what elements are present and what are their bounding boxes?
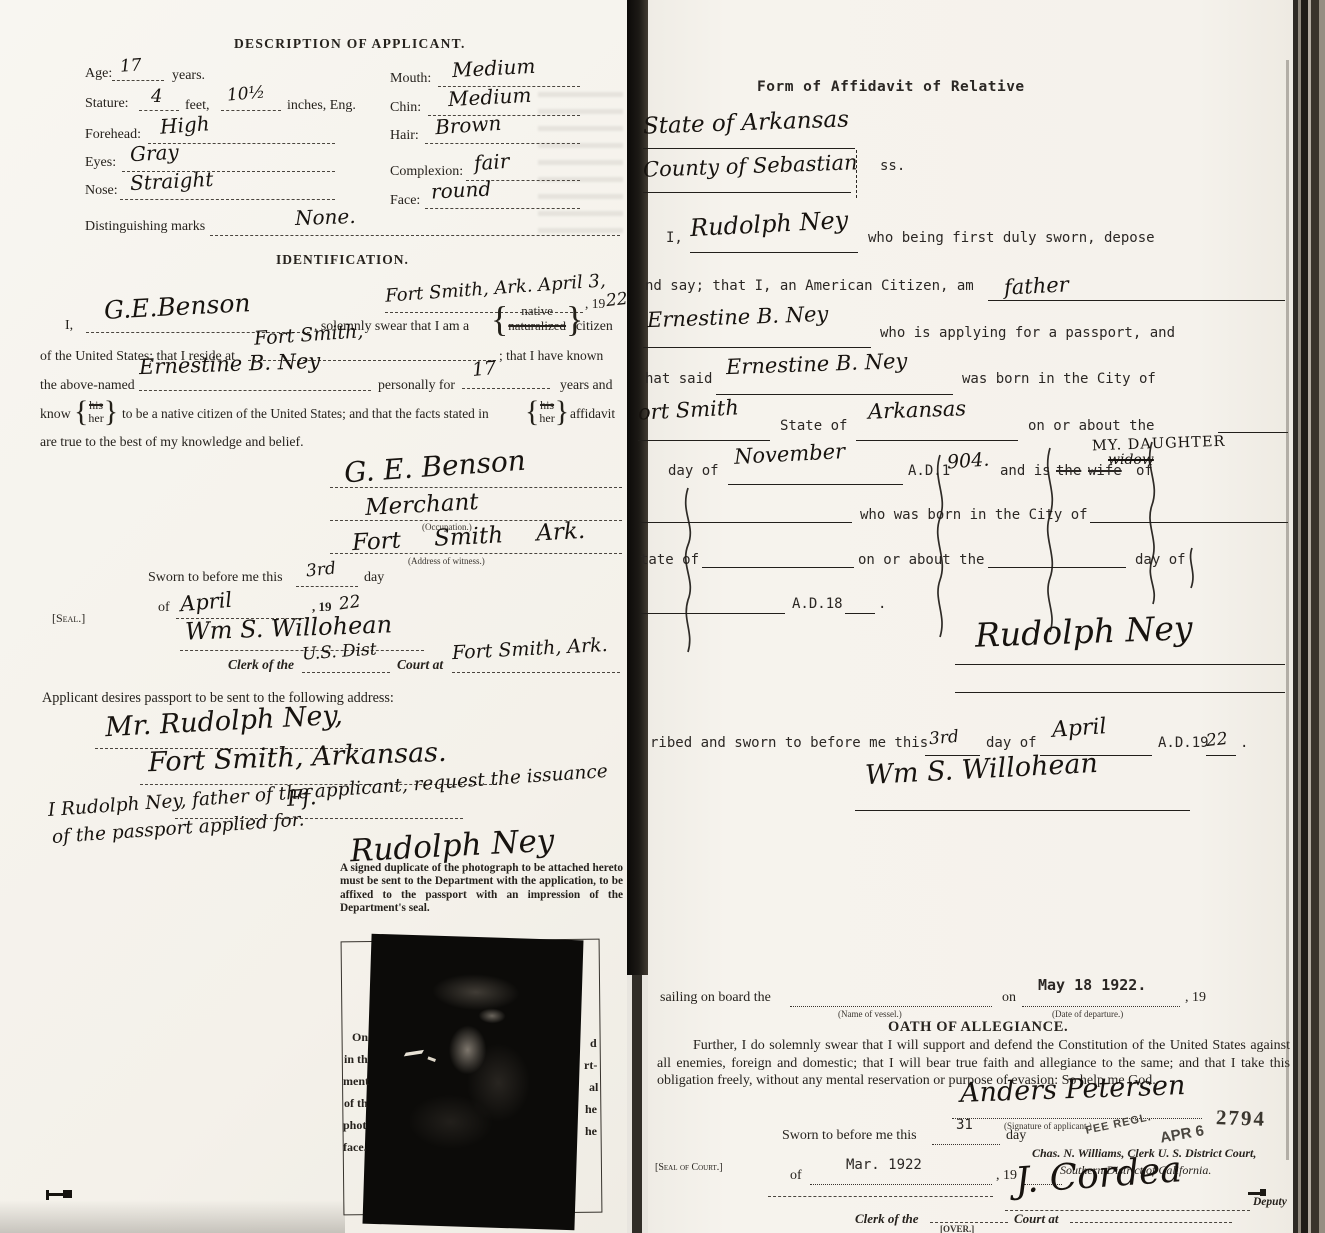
sworn-of-label: of [158, 600, 170, 616]
forehead-value: High [159, 111, 210, 138]
marks-line: None. [210, 205, 620, 236]
passport-application-scan: DESCRIPTION OF APPLICANT. Age: 17 years.… [0, 0, 1325, 1233]
jurat-year-line: 22 [1206, 730, 1236, 756]
nose-line: Straight [120, 169, 335, 200]
stature-label: Stature: [85, 96, 129, 112]
jurat-pre: ribed and sworn to before me this [650, 735, 928, 751]
witness-address-line: Fort Smith Ark. [330, 524, 622, 554]
inches-label: inches, Eng. [287, 98, 356, 114]
dateline-year: 22 [605, 289, 629, 311]
aff-line2-pre: nd say; that I, an American Citizen, am [645, 278, 974, 294]
citizen-word: citizen [576, 318, 613, 334]
id-line4-mid: to be a native citizen of the United Sta… [122, 406, 489, 422]
mouth-line: Medium [438, 56, 580, 87]
aff-line4-name-line: Ernestine B. Ney [716, 352, 953, 395]
relationship-line: father [988, 274, 1285, 301]
venue-county-line: County of Sebastian [643, 154, 851, 193]
photo-text-fragment: face. [343, 1140, 367, 1155]
vessel-line [790, 976, 992, 1007]
id-line3-pre: the above-named [40, 377, 135, 393]
blank-line [1070, 1198, 1232, 1223]
venue-ss: ss. [880, 158, 905, 174]
jurat-ad: A.D.19 [1158, 735, 1209, 751]
birth-state: Arkansas [868, 396, 967, 423]
face-value: round [430, 176, 491, 203]
occupation-value: Merchant [364, 489, 479, 521]
court-name: U.S. Dist [301, 639, 377, 664]
chin-label: Chin: [390, 100, 421, 116]
address-line1: Mr. Rudolph Ney, [104, 700, 343, 743]
aff-line1-post: who being first duly sworn, depose [868, 230, 1155, 246]
sailing-on: on [1002, 990, 1016, 1006]
over-label: [OVER.] [940, 1224, 974, 1233]
oath-heading: OATH OF ALLEGIANCE. [888, 1019, 1068, 1036]
stature-inches-line: 10½ [221, 84, 281, 111]
affiant-signature: Rudolph Ney [974, 608, 1193, 655]
eyes-value: Gray [129, 140, 179, 167]
clerk2-court-mid: Court at [1014, 1211, 1058, 1227]
id-line4-post: affidavit [570, 406, 615, 422]
years-known: 17 [471, 357, 497, 381]
id-line3-mid: personally for [378, 377, 455, 393]
seal-of-court-label: [Seal of Court.] [655, 1162, 723, 1173]
jurat-clerk-signature: Wm S. Willohean [864, 748, 1098, 791]
brace1-bottom: naturalized [508, 319, 566, 334]
mouth-value: Medium [451, 54, 536, 82]
deputy-label: Deputy [1253, 1196, 1287, 1208]
blank-line [930, 1198, 1008, 1223]
venue-state-line: State of Arkansas [643, 110, 855, 149]
aff-line4-name: Ernestine B. Ney [726, 349, 908, 379]
brace3-top: his [539, 399, 554, 412]
identification-heading: IDENTIFICATION. [276, 252, 409, 268]
affiant-signature-line: Rudolph Ney [955, 612, 1285, 665]
aff-line4-pre: hat said [645, 371, 712, 387]
chin-value: Medium [447, 83, 532, 111]
witness-signature: G. E. Benson [343, 444, 527, 490]
page-bottom-shadow [0, 1200, 345, 1233]
complexion-value: fair [473, 149, 510, 175]
dateline-typed: , 19 [585, 296, 605, 312]
stature-feet-line: 4 [139, 86, 179, 111]
applicant-photo [362, 934, 583, 1231]
age-line: 17 [112, 56, 164, 81]
photo-note: A signed duplicate of the photograph to … [340, 862, 623, 915]
photo-text-fragment: phot [343, 1118, 366, 1133]
photo-scratch [404, 1050, 424, 1057]
notary2-day-line: 31 [932, 1116, 1000, 1145]
clerk2-pre: Clerk of the [855, 1211, 919, 1227]
eyes-line: Gray [122, 141, 335, 172]
venue-bracket [856, 150, 857, 198]
marks-label: Distinguishing marks [85, 219, 205, 235]
sworn-day: 3rd [305, 558, 337, 581]
court-place-line: Fort Smith, Ark. [452, 638, 620, 673]
court-name-line: U.S. Dist [302, 642, 390, 673]
seal-label: [Seal.] [52, 611, 85, 626]
departure-date-label: (Date of departure.) [1052, 1009, 1123, 1019]
birth-city: ort Smith [637, 395, 739, 424]
sworn-pre: Sworn to before me this [148, 570, 283, 586]
affiant-name: Rudolph Ney [689, 206, 848, 242]
brace3-bottom: her [539, 412, 554, 425]
venue-state: State of Arkansas [643, 106, 850, 139]
marks-value: None. [295, 204, 356, 230]
applicant-signature: Anders Petersen [960, 1070, 1186, 1109]
brace-stack: his her [539, 399, 554, 426]
notary2-sworn-pre: Sworn to before me this [782, 1128, 917, 1144]
occupation-line: Merchant [330, 492, 622, 521]
his-her-brace-1: { his her } [74, 392, 118, 432]
witness-name: G.E.Benson [103, 288, 251, 325]
right-page-title: Form of Affidavit of Relative [757, 79, 1025, 95]
years-known-line: 17 [462, 358, 550, 389]
eyes-label: Eyes: [85, 155, 116, 171]
sailing-year-suffix: , 19 [1185, 990, 1206, 1006]
native-naturalized-brace: { native naturalized } [491, 297, 583, 341]
photo-text-fragment: he [585, 1102, 597, 1117]
corner-mark [63, 1190, 72, 1198]
blank-line [768, 1174, 993, 1197]
brace-stack: native naturalized [508, 304, 566, 333]
jurat-day: 3rd [928, 727, 959, 750]
age-label: Age: [85, 66, 112, 82]
photo-text-fragment: in th [344, 1052, 368, 1067]
blank-line [955, 666, 1285, 693]
sworn-month: April [179, 588, 233, 616]
photo-text-fragment: d [590, 1036, 597, 1051]
jurat-year: 22 [1205, 729, 1229, 751]
photo-text-fragment: rt- [584, 1058, 597, 1073]
witness-signature-line: G. E. Benson [330, 450, 622, 488]
applicant-name-line: Ernestine B. Ney [139, 352, 371, 391]
brace-close: } [104, 395, 118, 429]
page-edge-line [1286, 60, 1289, 1160]
brace1-top: native [508, 304, 566, 319]
corner-mark [1260, 1189, 1266, 1196]
aff-line3-post: who is applying for a passport, and [880, 325, 1175, 341]
brace-close: } [555, 395, 569, 429]
notary2-date: Mar. 1922 [846, 1157, 922, 1173]
scan-edge-band [1293, 0, 1325, 1233]
aff-line3-name: Ernestine B. Ney [647, 302, 829, 332]
jurat-clerk-signature-line: Wm S. Willohean [855, 754, 1190, 811]
brace-stack: his her [88, 399, 103, 426]
photo-text-fragment: al [589, 1080, 598, 1095]
aff-line3-name-line: Ernestine B. Ney [643, 305, 871, 348]
photo-text-fragment: of th [344, 1096, 368, 1111]
brace-open: { [74, 395, 88, 429]
stature-inches: 10½ [226, 82, 266, 105]
brace2-bottom: her [88, 412, 103, 425]
affiant-name-line: Rudolph Ney [690, 210, 858, 253]
venue-county: County of Sebastian [643, 150, 858, 181]
stature-feet: 4 [151, 86, 162, 107]
id-line4-pre: know [40, 406, 71, 422]
sailing-pre: sailing on board the [660, 990, 771, 1006]
his-her-brace-2: { his her } [525, 392, 569, 432]
fee-stamp-number: 2794 [1216, 1105, 1267, 1132]
departure-date: May 18 1922. [1038, 976, 1146, 994]
hair-value: Brown [434, 111, 502, 140]
mouth-label: Mouth: [390, 71, 431, 87]
applicant-signature-line: Anders Petersen [952, 1074, 1202, 1119]
sworn-day-line: 3rd [296, 560, 358, 587]
jurat-period: . [1240, 735, 1248, 751]
binding-strip-lower [632, 975, 642, 1233]
address-line2: Fort Smith, Arkansas. [148, 737, 448, 778]
witness-address: Fort Smith Ark. [351, 518, 585, 556]
brace2-top: his [88, 399, 103, 412]
court-mid: Court at [397, 657, 443, 673]
relationship-value: father [1003, 272, 1069, 299]
nose-value: Straight [129, 167, 213, 195]
clerk-pre: Clerk of the [228, 657, 294, 673]
photo-scratch [427, 1056, 436, 1062]
aff-i-label: I, [666, 230, 683, 246]
jurat-day-line: 3rd [925, 728, 980, 756]
left-page-title: DESCRIPTION OF APPLICANT. [234, 36, 466, 52]
age-value: 17 [119, 55, 142, 76]
residence-value: Fort Smith, [253, 320, 364, 350]
age-suffix: years. [172, 68, 205, 84]
jurat-month: April [1051, 714, 1107, 743]
hair-label: Hair: [390, 128, 419, 144]
notary2-day-label: day [1006, 1128, 1026, 1144]
court-place: Fort Smith, Ark. [452, 634, 609, 664]
sworn-day-label: day [364, 570, 384, 586]
vessel-label: (Name of vessel.) [838, 1009, 902, 1019]
photo-text-fragment: On [352, 1030, 368, 1045]
hair-line: Brown [425, 113, 580, 144]
brace-open: { [525, 395, 539, 429]
chin-line: Medium [428, 85, 580, 116]
id-line3-post: years and [560, 377, 612, 393]
notary2-day: 31 [956, 1117, 973, 1133]
photo-text-fragment: ment [343, 1074, 369, 1089]
id-i-label: I, [65, 318, 73, 334]
address-label: (Address of witness.) [408, 556, 485, 566]
photo-text-fragment: he [585, 1124, 597, 1139]
applicant-name: Ernestine B. Ney [139, 349, 321, 379]
id-line5: are true to the best of my knowledge and… [40, 434, 304, 450]
departure-date-line: May 18 1922. [1022, 976, 1180, 1007]
jurat-mid: day of [986, 735, 1037, 751]
nose-label: Nose: [85, 183, 118, 199]
aff-line4-post: was born in the City of [962, 371, 1156, 387]
